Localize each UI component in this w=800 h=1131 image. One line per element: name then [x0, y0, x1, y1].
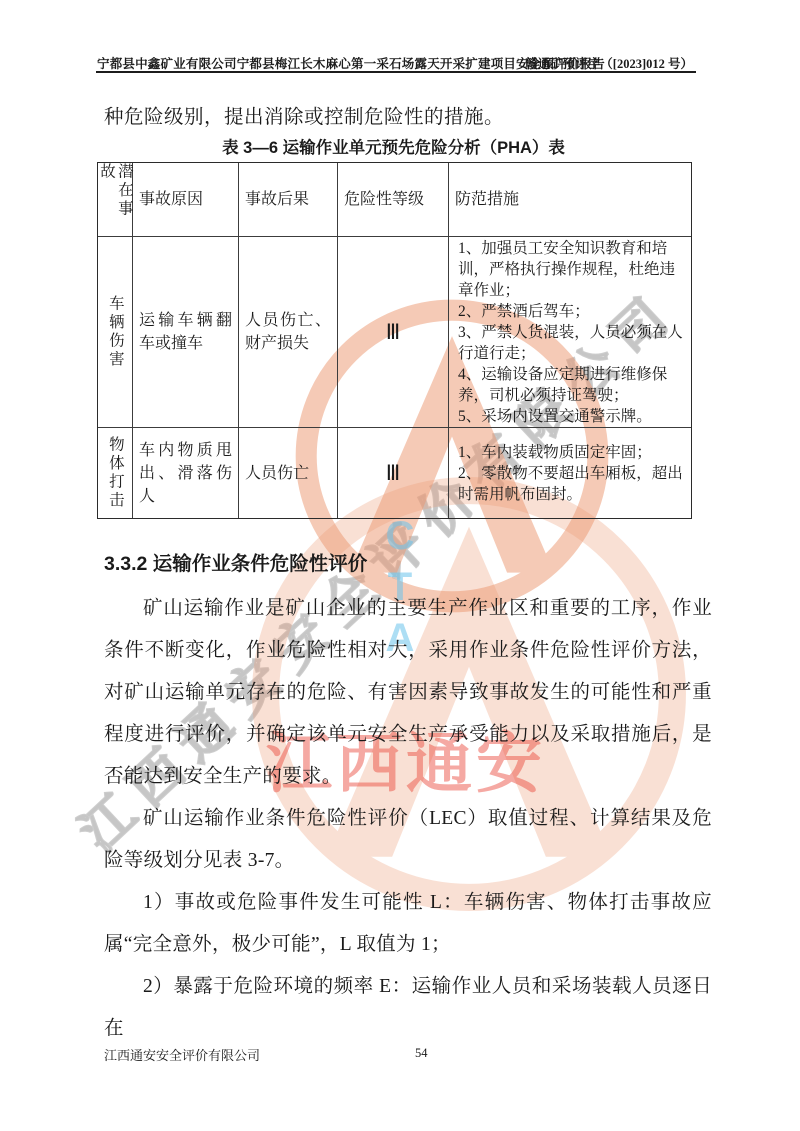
page-number: 54	[415, 1046, 428, 1061]
footer-company-name: 江西通安安全评价有限公司	[104, 1045, 260, 1064]
header-cell-level: 危险性等级	[338, 163, 449, 237]
table-row-cell-consequence: 人员伤亡、财产损失	[239, 237, 338, 428]
table-row-cell-level: Ⅲ	[338, 237, 449, 428]
hazard-label: 物体打击	[106, 436, 124, 510]
header-cell-hazard: 潜在事故	[98, 163, 133, 237]
intro-paragraph: 种危险级别，提出消除或控制危险性的措施。	[104, 101, 504, 129]
paragraph: 1）事故或危险事件发生可能性 L：车辆伤害、物体打击事故应属“完全意外，极少可能…	[104, 882, 712, 966]
table-row-cell-cause: 运输车辆翻车或撞车	[133, 237, 239, 428]
header-rule	[96, 71, 696, 73]
table-row-cell-measures: 1、车内装载物质固定牢固； 2、零散物不要超出车厢板，超出时需用帆布固封。	[449, 428, 691, 518]
header-hazard-label: 潜在事故	[97, 163, 133, 236]
table-row-cell-cause: 车内物质甩出、滑落伤人	[133, 428, 239, 518]
paragraph: 矿山运输作业条件危险性评价（LEC）取值过程、计算结果及危险等级划分见表 3-7…	[104, 798, 712, 882]
hazard-label: 车辆伤害	[106, 295, 124, 369]
header-cell-consequence: 事故后果	[239, 163, 338, 237]
header-cell-measures: 防范措施	[449, 163, 691, 237]
table-title: 表 3—6 运输作业单元预先危险分析（PHA）表	[97, 134, 690, 158]
body-paragraphs: 矿山运输作业是矿山企业的主要生产作业区和重要的工序，作业条件不断变化，作业危险性…	[104, 588, 712, 1050]
header-doc-number: 赣通矿预评字（[2023]012 号）	[525, 54, 693, 72]
table-row-cell-level: Ⅲ	[338, 428, 449, 518]
table-row-cell-hazard: 物体打击	[98, 428, 133, 518]
table-row-cell-measures: 1、加强员工安全知识教育和培训，严格执行操作规程，杜绝违章作业； 2、严禁酒后驾…	[449, 237, 691, 428]
section-heading: 3.3.2 运输作业条件危险性评价	[104, 548, 367, 576]
table-row-cell-consequence: 人员伤亡	[239, 428, 338, 518]
paragraph: 矿山运输作业是矿山企业的主要生产作业区和重要的工序，作业条件不断变化，作业危险性…	[104, 588, 712, 798]
page-content: 宁都县中鑫矿业有限公司宁都县梅江长木麻心第一采石场露天开采扩建项目安全预评价报告…	[0, 0, 800, 1131]
paragraph: 2）暴露于危险环境的频率 E：运输作业人员和采场装载人员逐日在	[104, 966, 712, 1050]
pha-table: 潜在事故 事故原因 事故后果 危险性等级 防范措施 车辆伤害 运输车辆翻车或撞车…	[97, 162, 692, 519]
header-cell-cause: 事故原因	[133, 163, 239, 237]
report-page: 江西通安安全评价有限公司 CTA 江西通安 宁都县中鑫矿业有限公司宁都县梅江长木…	[0, 0, 800, 1131]
table-row-cell-hazard: 车辆伤害	[98, 237, 133, 428]
